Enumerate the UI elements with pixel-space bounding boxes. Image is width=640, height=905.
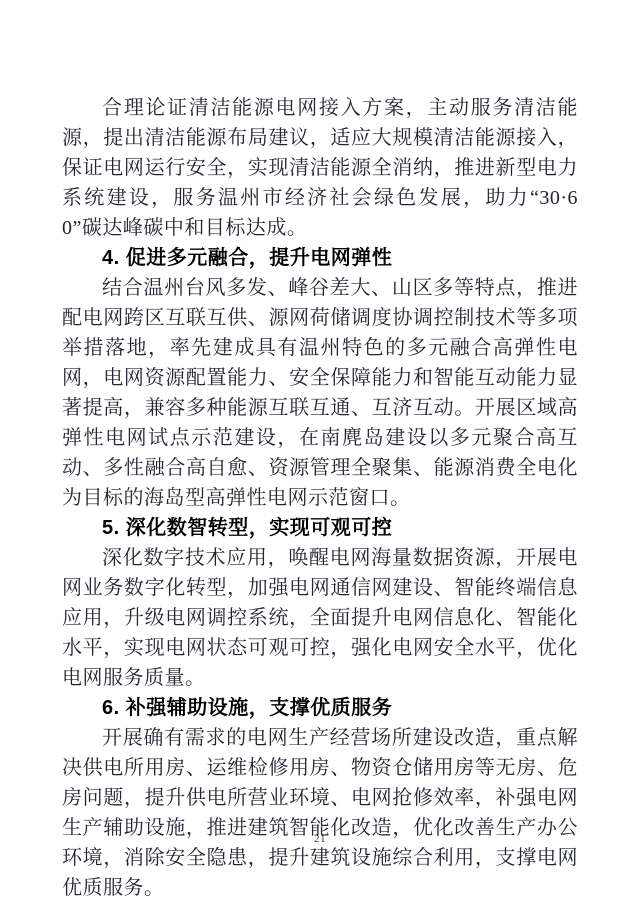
- paragraph-digital-transform: 深化数字技术应用，唤醒电网海量数据资源，开展电网业务数字化转型，加强电网通信网建…: [62, 543, 578, 693]
- page-number: 21: [0, 833, 640, 845]
- section-heading-4: 4. 促进多元融合，提升电网弹性: [62, 243, 578, 273]
- paragraph-clean-energy: 合理论证清洁能源电网接入方案，主动服务清洁能源，提出清洁能源布局建议，适应大规模…: [62, 93, 578, 243]
- paragraph-multi-fusion: 结合温州台风多发、峰谷差大、山区多等特点，推进配电网跨区互联互供、源网荷储调度协…: [62, 273, 578, 513]
- document-body: 合理论证清洁能源电网接入方案，主动服务清洁能源，提出清洁能源布局建议，适应大规模…: [62, 0, 578, 903]
- section-heading-5: 5. 深化数智转型，实现可观可控: [62, 513, 578, 543]
- document-page: 合理论证清洁能源电网接入方案，主动服务清洁能源，提出清洁能源布局建议，适应大规模…: [0, 0, 640, 905]
- paragraph-auxiliary-facilities: 开展确有需求的电网生产经营场所建设改造，重点解决供电所用房、运维检修用房、物资仓…: [62, 723, 578, 903]
- section-heading-6: 6. 补强辅助设施，支撑优质服务: [62, 693, 578, 723]
